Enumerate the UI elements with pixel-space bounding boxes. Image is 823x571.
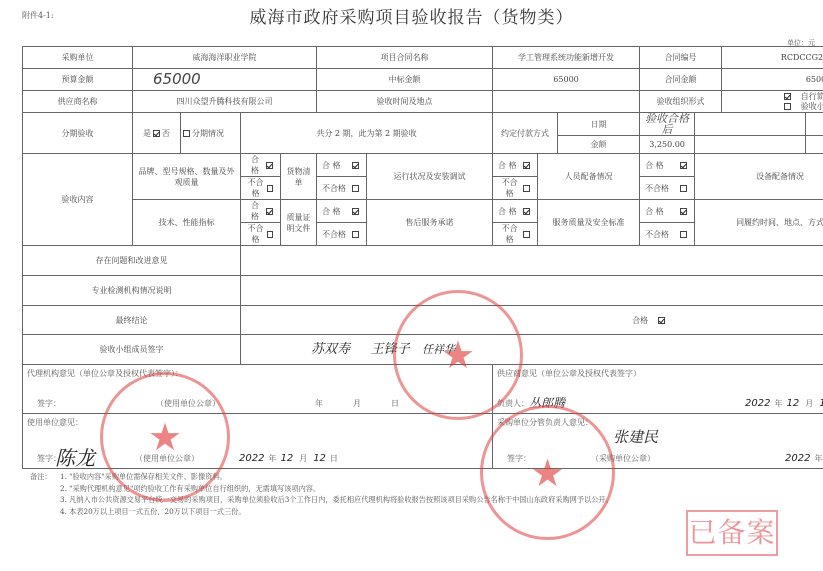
contract-no-value: RCDCCG2020-031 bbox=[722, 47, 823, 69]
checkbox-operation-fail[interactable] bbox=[523, 185, 530, 192]
checkbox-staffing-fail[interactable] bbox=[680, 185, 687, 192]
purchaser-label: 采购单位 bbox=[23, 47, 133, 69]
checkbox-brand-pass[interactable] bbox=[266, 162, 273, 169]
org-form-option-self[interactable]: 自行简易验收 bbox=[782, 92, 823, 102]
checkbox-operation-pass[interactable] bbox=[523, 162, 530, 169]
payment-date-label: 日期 bbox=[558, 113, 640, 136]
checkbox-tech-fail[interactable] bbox=[267, 231, 273, 238]
item-operation-install: 运行状况及安装调试 bbox=[367, 154, 493, 200]
checkbox-self-acceptance[interactable] bbox=[784, 93, 791, 100]
budget-label: 预算金额 bbox=[23, 69, 133, 91]
installment-status-label-cell: 分期情况 bbox=[181, 113, 241, 154]
filed-stamp: 已备案 bbox=[686, 510, 778, 556]
payment-date-value: 验收合格后 bbox=[640, 113, 695, 136]
note-line: 1. "验收内容"采购单位需保存相关文件、影像资料。 bbox=[60, 471, 613, 483]
user-unit-signature: 陈龙 bbox=[55, 453, 95, 464]
item-contract-time-place: 同履约时间、地点、方式 bbox=[695, 200, 823, 246]
installment-label: 分期验收 bbox=[23, 113, 133, 154]
acceptance-content-label: 验收内容 bbox=[23, 154, 133, 246]
checkbox-staffing-pass[interactable] bbox=[680, 162, 687, 169]
payment-method-label: 约定付款方式 bbox=[493, 113, 558, 154]
contract-amount-label: 合同金额 bbox=[640, 69, 722, 91]
item-brand-spec: 品牌、型号规格、数量及外观质量 bbox=[133, 154, 241, 200]
checkbox-installment-yes[interactable] bbox=[153, 130, 160, 137]
member-signature: 王锋子 bbox=[371, 342, 410, 357]
checkbox-installment-no[interactable] bbox=[183, 130, 190, 137]
checkbox-after-sales-fail[interactable] bbox=[523, 231, 530, 238]
acceptance-time-value bbox=[493, 91, 640, 113]
note-line: 4. 本表20万以上项目一式五份，20万以下项目一式三份。 bbox=[60, 506, 613, 518]
installment-status-value: 共分 2 期，此为第 2 期验收 bbox=[241, 113, 493, 154]
conclusion-options: 合格 不合格 bbox=[241, 306, 823, 335]
member-signature: 苏双寿 bbox=[311, 342, 350, 357]
item-staffing: 人员配备情况 bbox=[538, 154, 640, 200]
payment-amount-label: 金额 bbox=[558, 136, 640, 154]
members-signatures: 苏双寿 王锋子 任祥华 bbox=[241, 335, 823, 365]
inspection-value[interactable] bbox=[241, 276, 823, 306]
issues-value[interactable] bbox=[241, 246, 823, 276]
contract-no-label: 合同编号 bbox=[640, 47, 722, 69]
notes: 备注： 1. "验收内容"采购单位需保存相关文件、影像资料。 2. "采购代理机… bbox=[30, 471, 613, 517]
checkbox-after-sales-pass[interactable] bbox=[523, 208, 530, 215]
supplier-opinion: 供应商意见（单位公章及授权代表签字） 负责人： 丛郎腾 2022年 12月 11… bbox=[493, 365, 823, 414]
org-form-label: 验收组织形式 bbox=[640, 91, 722, 113]
user-unit-opinion: 使用单位意见： 签字： 陈龙 （使用单位公章） 2022年 12月 12日 bbox=[23, 414, 493, 469]
contract-amount-value: 65000 bbox=[722, 69, 823, 91]
org-form-options: 自行简易验收 验收小组验收 bbox=[722, 91, 823, 113]
purchaser-value: 威海海洋职业学院 bbox=[133, 47, 317, 69]
acceptance-time-label: 验收时间及地点 bbox=[317, 91, 493, 113]
bid-amount-label: 中标金额 bbox=[317, 69, 493, 91]
supplier-value: 四川众望升腾科技有限公司 bbox=[133, 91, 317, 113]
checkbox-goods-list-pass[interactable] bbox=[352, 162, 359, 169]
conclusion-label: 最终结论 bbox=[23, 306, 241, 335]
bid-amount-value: 65000 bbox=[493, 69, 640, 91]
checkbox-quality-cert-pass[interactable] bbox=[352, 208, 359, 215]
note-line: 2. "采购代理机构意见"项约验收工作有采购单位自行组织的，无需填写该项内容。 bbox=[60, 483, 613, 495]
checkbox-service-quality-pass[interactable] bbox=[680, 208, 687, 215]
manager-opinion: 采购单位分管负责人意见： 张建民 签字： （采购单位公章） 2022年 12月 … bbox=[493, 414, 823, 469]
manager-signature: 张建民 bbox=[613, 432, 658, 443]
installment-yes-no: 是否 bbox=[133, 113, 181, 154]
member-signature: 任祥华 bbox=[422, 343, 455, 356]
issues-label: 存在问题和改进意见 bbox=[23, 246, 241, 276]
supplier-label: 供应商名称 bbox=[23, 91, 133, 113]
payment-amount-value: 3,250.00 bbox=[640, 136, 695, 154]
note-line: 3. 凡纳入市公共资源交易平台统一交易的采购项目，采购单位须验收后3个工作日内，… bbox=[60, 494, 613, 506]
budget-value: 65000 bbox=[133, 69, 317, 91]
page-title: 威海市政府采购项目验收报告（货物类） bbox=[0, 3, 823, 28]
item-tech-performance: 技术、性能指标 bbox=[133, 200, 241, 246]
inspection-label: 专业检测机构情况说明 bbox=[23, 276, 241, 306]
checkbox-conclusion-pass[interactable] bbox=[658, 317, 665, 324]
item-quality-cert: 质量证明文件 bbox=[281, 200, 317, 246]
checkbox-goods-list-fail[interactable] bbox=[352, 185, 359, 192]
acceptance-form: 采购单位 威海海洋职业学院 项目合同名称 学工管理系统功能新增开发 合同编号 R… bbox=[22, 46, 823, 469]
checkbox-group-acceptance[interactable] bbox=[784, 103, 791, 110]
item-equipment: 设备配备情况 bbox=[695, 154, 823, 200]
agency-opinion: 代理机构意见（单位公章及授权代表签字）： 签字： （使用单位公章） 年 月 日 bbox=[23, 365, 493, 414]
supplier-signature: 丛郎腾 bbox=[529, 398, 565, 409]
checkbox-quality-cert-fail[interactable] bbox=[352, 231, 359, 238]
contract-name-label: 项目合同名称 bbox=[317, 47, 493, 69]
members-label: 验收小组成员签字 bbox=[23, 335, 241, 365]
checkbox-tech-pass[interactable] bbox=[266, 208, 273, 215]
item-goods-list: 货物清单 bbox=[281, 154, 317, 200]
contract-name-value: 学工管理系统功能新增开发 bbox=[493, 47, 640, 69]
checkbox-service-quality-fail[interactable] bbox=[680, 231, 687, 238]
checkbox-brand-fail[interactable] bbox=[267, 185, 273, 192]
item-after-sales: 售后服务承诺 bbox=[367, 200, 493, 246]
item-service-quality: 服务质量及安全标准 bbox=[538, 200, 640, 246]
org-form-option-group[interactable]: 验收小组验收 bbox=[782, 102, 823, 112]
